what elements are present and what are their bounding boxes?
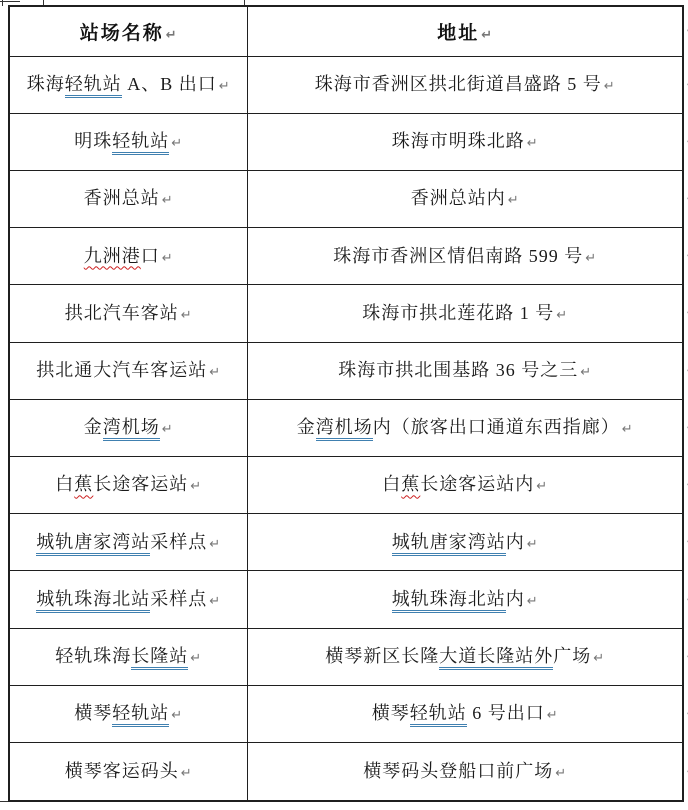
- table-body: 珠海轻轨站 A、B 出口↵珠海市香洲区拱北街道昌盛路 5 号↵↵明珠轻轨站↵珠海…: [9, 56, 683, 801]
- station-name-cell: 珠海轻轨站 A、B 出口↵: [9, 56, 247, 113]
- col-header-address-label: 地址: [437, 23, 479, 44]
- address-cell: 城轨唐家湾站内↵↵: [247, 514, 683, 571]
- end-of-cell-mark: ↵: [527, 537, 538, 552]
- plain-text: 拱北通大汽车客运站: [36, 360, 207, 380]
- end-of-cell-mark: ↵: [190, 651, 201, 666]
- address-cell: 横琴轻轨站 6 号出口↵↵: [247, 685, 683, 742]
- end-of-cell-mark: ↵: [555, 766, 566, 781]
- plain-text: 6 号出口: [467, 703, 545, 723]
- end-of-cell-mark: ↵: [527, 136, 538, 151]
- end-of-cell-mark: ↵: [162, 193, 173, 208]
- col-header-station-name-label: 站场名称: [80, 23, 164, 44]
- station-name-cell: 金湾机场↵: [9, 399, 247, 456]
- end-of-cell-mark: ↵: [593, 651, 604, 666]
- plain-text: 采样点: [150, 589, 207, 609]
- plain-text: 珠海市香洲区拱北街道昌盛路 5 号: [315, 74, 602, 94]
- plain-text: 横琴新区长隆: [325, 646, 439, 666]
- plain-text: 口: [141, 246, 160, 266]
- end-of-cell-mark: ↵: [162, 422, 173, 437]
- spellcheck-flagged-text: 九洲港: [84, 246, 141, 266]
- station-name-cell: 轻轨珠海长隆站↵: [9, 628, 247, 685]
- plain-text: 长途客运站内: [420, 474, 534, 494]
- station-name-cell: 城轨唐家湾站采样点↵: [9, 514, 247, 571]
- end-of-cell-mark: ↵: [481, 28, 492, 43]
- table-row: 金湾机场↵金湾机场内（旅客出口通道东西指廊）↵↵: [9, 399, 683, 456]
- plain-text: 横琴客运码头: [65, 761, 179, 781]
- end-of-cell-mark: ↵: [622, 422, 633, 437]
- linked-text[interactable]: 城轨珠海北站: [392, 589, 506, 613]
- station-name-cell: 香洲总站↵: [9, 170, 247, 227]
- plain-text: 横琴: [74, 703, 112, 723]
- plain-text: 长途客运站: [93, 474, 188, 494]
- plain-text: 珠海市拱北莲花路 1 号: [362, 303, 554, 323]
- previous-row-border-artifact: [0, 1, 20, 2]
- linked-text[interactable]: 轻轨站: [112, 131, 169, 155]
- address-cell: 白蕉长途客运站内↵↵: [247, 457, 683, 514]
- plain-text: 采样点: [150, 532, 207, 552]
- plain-text: 金: [297, 417, 316, 437]
- address-cell: 珠海市明珠北路↵↵: [247, 113, 683, 170]
- plain-text: 珠海市明珠北路: [392, 131, 525, 151]
- end-of-cell-mark: ↵: [181, 766, 192, 781]
- end-of-cell-mark: ↵: [190, 479, 201, 494]
- plain-text: 香洲总站内: [411, 188, 506, 208]
- table-row: 轻轨珠海长隆站↵横琴新区长隆大道长隆站外广场↵↵: [9, 628, 683, 685]
- plain-text: 金: [84, 417, 103, 437]
- plain-text: 横琴: [372, 703, 410, 723]
- linked-text[interactable]: 轻轨站: [410, 703, 467, 727]
- end-of-cell-mark: ↵: [171, 136, 182, 151]
- plain-text: 香洲总站: [84, 188, 160, 208]
- table-row: 九洲港口↵珠海市香洲区情侣南路 599 号↵↵: [9, 228, 683, 285]
- linked-text[interactable]: 轻轨站: [65, 74, 122, 98]
- end-of-cell-mark: ↵: [181, 308, 192, 323]
- plain-text: 横琴码头登船口前广场: [363, 761, 553, 781]
- table-row: 拱北汽车客站↵珠海市拱北莲花路 1 号↵↵: [9, 285, 683, 342]
- station-name-cell: 拱北汽车客站↵: [9, 285, 247, 342]
- address-cell: 横琴码头登船口前广场↵↵: [247, 743, 683, 801]
- table-row: 城轨珠海北站采样点↵城轨珠海北站内↵↵: [9, 571, 683, 628]
- linked-text[interactable]: 湾机场: [316, 417, 373, 441]
- plain-text: 广场: [553, 646, 591, 666]
- station-name-cell: 横琴轻轨站↵: [9, 685, 247, 742]
- table-row: 城轨唐家湾站采样点↵城轨唐家湾站内↵↵: [9, 514, 683, 571]
- address-cell: 横琴新区长隆大道长隆站外广场↵↵: [247, 628, 683, 685]
- address-cell: 城轨珠海北站内↵↵: [247, 571, 683, 628]
- station-address-table: 站场名称↵ 地址↵↵ 珠海轻轨站 A、B 出口↵珠海市香洲区拱北街道昌盛路 5 …: [8, 5, 684, 802]
- linked-text[interactable]: 大道长隆站外: [439, 646, 553, 670]
- end-of-cell-mark: ↵: [166, 28, 177, 43]
- station-name-cell: 明珠轻轨站↵: [9, 113, 247, 170]
- table-row: 香洲总站↵香洲总站内↵↵: [9, 170, 683, 227]
- previous-row-border-artifact: [2, 0, 3, 6]
- col-header-station-name: 站场名称↵: [9, 6, 247, 56]
- end-of-cell-mark: ↵: [604, 79, 615, 94]
- col-header-address: 地址↵↵: [247, 6, 683, 56]
- linked-text[interactable]: 城轨唐家湾站: [392, 532, 506, 556]
- linked-text[interactable]: 城轨珠海北站: [36, 589, 150, 613]
- plain-text: 白: [55, 474, 74, 494]
- table-row: 明珠轻轨站↵珠海市明珠北路↵↵: [9, 113, 683, 170]
- end-of-cell-mark: ↵: [547, 708, 558, 723]
- end-of-cell-mark: ↵: [508, 193, 519, 208]
- plain-text: 白: [382, 474, 401, 494]
- plain-text: A、B 出口: [122, 74, 217, 94]
- end-of-cell-mark: ↵: [209, 365, 220, 380]
- end-of-cell-mark: ↵: [171, 708, 182, 723]
- address-cell: 金湾机场内（旅客出口通道东西指廊）↵↵: [247, 399, 683, 456]
- plain-text: 轻轨珠海: [55, 646, 131, 666]
- end-of-cell-mark: ↵: [527, 594, 538, 609]
- spellcheck-flagged-text: 蕉: [74, 474, 93, 494]
- plain-text: 珠海: [27, 74, 65, 94]
- address-cell: 珠海市香洲区拱北街道昌盛路 5 号↵↵: [247, 56, 683, 113]
- end-of-cell-mark: ↵: [209, 594, 220, 609]
- linked-text[interactable]: 湾机场: [103, 417, 160, 441]
- table-row: 横琴轻轨站↵横琴轻轨站 6 号出口↵↵: [9, 685, 683, 742]
- station-name-cell: 横琴客运码头↵: [9, 743, 247, 801]
- address-cell: 香洲总站内↵↵: [247, 170, 683, 227]
- plain-text: 拱北汽车客站: [65, 303, 179, 323]
- station-name-cell: 九洲港口↵: [9, 228, 247, 285]
- plain-text: 内（旅客出口通道东西指廊）: [373, 417, 620, 437]
- end-of-cell-mark: ↵: [162, 251, 173, 266]
- linked-text[interactable]: 长隆站: [131, 646, 188, 670]
- table-row: 白蕉长途客运站↵白蕉长途客运站内↵↵: [9, 457, 683, 514]
- table-row: 拱北通大汽车客运站↵珠海市拱北围基路 36 号之三↵↵: [9, 342, 683, 399]
- plain-text: 珠海市香洲区情侣南路 599 号: [333, 246, 583, 266]
- table-header: 站场名称↵ 地址↵↵: [9, 6, 683, 56]
- linked-text[interactable]: 城轨唐家湾站: [36, 532, 150, 556]
- document-page: 站场名称↵ 地址↵↵ 珠海轻轨站 A、B 出口↵珠海市香洲区拱北街道昌盛路 5 …: [0, 0, 688, 810]
- end-of-cell-mark: ↵: [556, 308, 567, 323]
- table-row: 横琴客运码头↵横琴码头登船口前广场↵↵: [9, 743, 683, 801]
- end-of-cell-mark: ↵: [536, 479, 547, 494]
- address-cell: 珠海市拱北莲花路 1 号↵↵: [247, 285, 683, 342]
- end-of-cell-mark: ↵: [580, 365, 591, 380]
- table-row: 珠海轻轨站 A、B 出口↵珠海市香洲区拱北街道昌盛路 5 号↵↵: [9, 56, 683, 113]
- address-cell: 珠海市拱北围基路 36 号之三↵↵: [247, 342, 683, 399]
- header-row: 站场名称↵ 地址↵↵: [9, 6, 683, 56]
- plain-text: 内: [506, 589, 525, 609]
- station-name-cell: 白蕉长途客运站↵: [9, 457, 247, 514]
- spellcheck-flagged-text: 蕉: [401, 474, 420, 494]
- plain-text: 珠海市拱北围基路 36 号之三: [338, 360, 578, 380]
- plain-text: 明珠: [74, 131, 112, 151]
- end-of-cell-mark: ↵: [209, 537, 220, 552]
- end-of-cell-mark: ↵: [585, 251, 596, 266]
- linked-text[interactable]: 轻轨站: [112, 703, 169, 727]
- station-name-cell: 城轨珠海北站采样点↵: [9, 571, 247, 628]
- end-of-cell-mark: ↵: [219, 79, 230, 94]
- station-name-cell: 拱北通大汽车客运站↵: [9, 342, 247, 399]
- bottom-border-artifact: [0, 801, 8, 802]
- plain-text: 内: [506, 532, 525, 552]
- address-cell: 珠海市香洲区情侣南路 599 号↵↵: [247, 228, 683, 285]
